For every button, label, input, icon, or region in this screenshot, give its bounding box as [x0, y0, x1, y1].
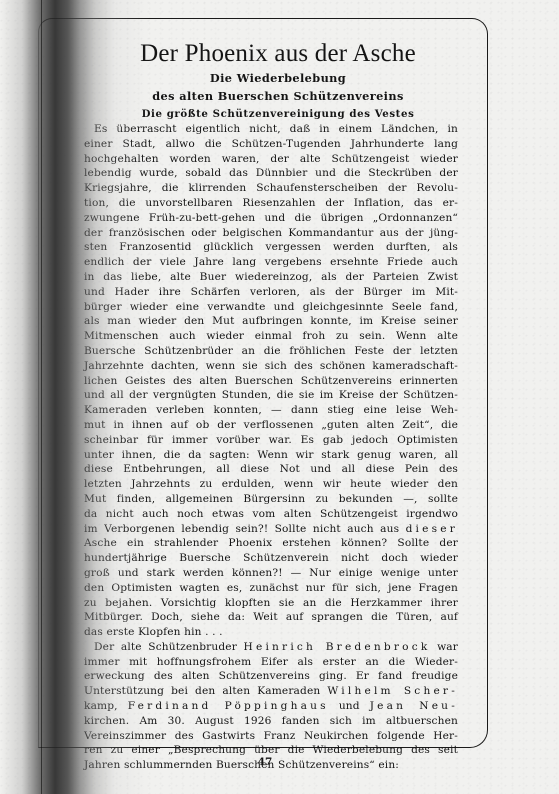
emphasized-word: dieser	[406, 523, 458, 535]
article-subtitle-line-2: des alten Buerschen Schützenvereins	[98, 89, 458, 104]
text-line: und Hader ihre Schärfen verloren, als de…	[84, 285, 458, 300]
text-line: zwungene Früh-zu-bett-gehen und die übri…	[84, 211, 458, 226]
text-line: kamp, Ferdinand Pöppinghaus und Jean Neu…	[84, 699, 458, 714]
person-name: Wilhelm Scher-	[327, 685, 458, 697]
text-line: Buersche Schützenbrüder an die fröhliche…	[84, 344, 458, 359]
text-line: sten Franzosentid glücklich vergessen we…	[84, 240, 458, 255]
text-fragment: Der alte Schützenbruder	[94, 641, 237, 653]
text-line: Mitbürger. Doch, siehe da: Weit auf spra…	[84, 610, 458, 625]
text-line: mut in ihnen auf ob der verflossenen „gu…	[84, 418, 458, 433]
text-line: Asche ein strahlender Phoenix erstehen k…	[84, 536, 458, 551]
text-line: groß und stark werden können?! — Nur ein…	[84, 566, 458, 581]
text-line: scheinbar für immer vorüber war. Es gab …	[84, 433, 458, 448]
page-number: 47	[250, 756, 280, 768]
text-line: Kameraden verleben konnten, — dann stieg…	[84, 403, 458, 418]
text-line: das erste Klopfen hin . . .	[84, 625, 458, 640]
text-line: da nicht auch noch etwas vom alten Schüt…	[84, 507, 458, 522]
text-line: Unterstützung bei den alten Kameraden Wi…	[84, 684, 458, 699]
article: Der Phoenix aus der Asche Die Wiederbele…	[84, 40, 458, 773]
text-line: und all der vergnügten Stunden, die sie …	[84, 388, 458, 403]
text-line: Mitmenschen auch wieder einmal froh zu s…	[84, 329, 458, 344]
text-line: im Verborgenen lebendig sein?! Sollte ni…	[84, 522, 458, 537]
text-line: bürger wieder eine verwandte und gleichg…	[84, 300, 458, 315]
text-line: tion, die unvorstellbaren Riesenzahlen d…	[84, 196, 458, 211]
text-line: unter ihnen, die da sagten: Wenn wir sta…	[84, 448, 458, 463]
text-fragment: war	[437, 641, 458, 653]
text-line: immer mit hoffnungsfrohem Eifer als erst…	[84, 655, 458, 670]
text-line: Es überrascht eigentlich nicht, daß in e…	[84, 122, 458, 137]
text-fragment: im Verborgenen lebendig sein?! Sollte ni…	[84, 523, 399, 535]
text-fragment: und	[339, 700, 360, 712]
text-line: erweckung des alten Schützenvereins ging…	[84, 669, 458, 684]
article-subtitle-line-1: Die Wiederbelebung	[98, 71, 458, 86]
person-name: Jean Neu-	[370, 700, 458, 712]
text-line: der französischen oder belgischen Komman…	[84, 226, 458, 241]
text-line: Jahrzehnte dachten, wenn sie sich des sc…	[84, 359, 458, 374]
text-line: Der alte Schützenbruder Heinrich Bredenb…	[84, 640, 458, 655]
article-title: Der Phoenix aus der Asche	[98, 40, 458, 68]
person-name: Ferdinand Pöppinghaus	[128, 700, 329, 712]
text-line: letzten Jahrzehnts zu erdulden, wenn wir…	[84, 477, 458, 492]
article-subheading: Die größte Schützenvereinigung des Veste…	[98, 107, 458, 121]
text-line: diese Entbehrungen, all diese Not und al…	[84, 462, 458, 477]
text-line: Vereinszimmer des Gastwirts Franz Neukir…	[84, 729, 458, 744]
text-line: in das liebe, alte Buer wiedereinzog, al…	[84, 270, 458, 285]
person-name: Heinrich Bredenbrock	[244, 641, 431, 653]
book-gutter-edge	[41, 0, 42, 794]
text-line: hochgehalten worden waren, der alte Schü…	[84, 152, 458, 167]
text-line: Mut finden, allgemeinen Bürgersinn zu be…	[84, 492, 458, 507]
article-body: Es überrascht eigentlich nicht, daß in e…	[84, 122, 458, 773]
text-line: endlich der viele Jahre lang vergebens e…	[84, 255, 458, 270]
text-line: lebendig wurde, sobald das Dünnbier und …	[84, 166, 458, 181]
text-line: lichen Geistes des alten Buerschen Schüt…	[84, 374, 458, 389]
text-line: Kriegsjahre, die klirrenden Schaufenster…	[84, 181, 458, 196]
text-line: den Optimisten wagten es, zunächst nur f…	[84, 581, 458, 596]
text-fragment: Unterstützung bei den alten Kameraden	[84, 685, 320, 697]
text-line: zu bejahen. Vorsichtig klopften sie an d…	[84, 596, 458, 611]
text-line: kirchen. Am 30. August 1926 fanden sich …	[84, 714, 458, 729]
text-line: einer Stadt, allwo die Schützen-Tugenden…	[84, 137, 458, 152]
text-fragment: kamp,	[84, 700, 118, 712]
text-line: als man wieder den Mut aufbringen konnte…	[84, 314, 458, 329]
text-line: hundertjährige Buersche Schützenverein n…	[84, 551, 458, 566]
